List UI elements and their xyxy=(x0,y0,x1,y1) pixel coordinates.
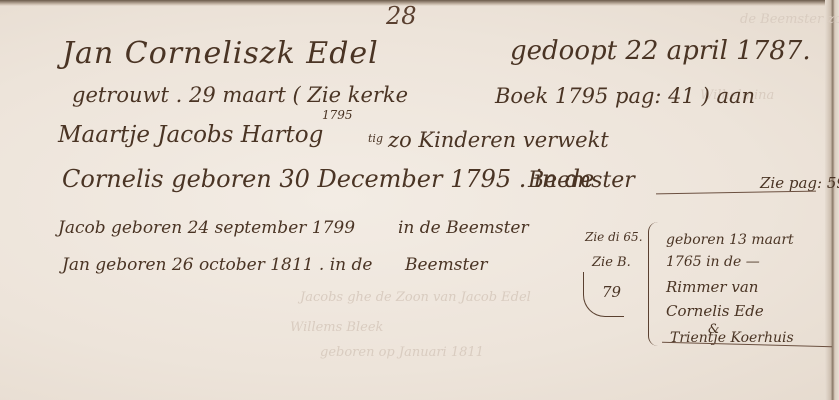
child-jan: Jan geboren 26 october 1811 . in de xyxy=(62,255,372,275)
entry-name: Jan Corneliszk Edel xyxy=(62,36,379,71)
side-note-line: Rimmer van xyxy=(666,278,758,296)
side-note: geboren 13 maart 1765 in de — Rimmer van… xyxy=(662,226,832,336)
child-jacob-reference: Zie di 65. xyxy=(585,230,643,244)
child-cornelis-reference: Zie pag: 59. xyxy=(760,174,839,192)
entry-marriage-reference: Boek 1795 pag: 41 ) aan xyxy=(495,84,755,108)
bleed-through-text: geboren op Januari 1811 xyxy=(320,345,484,360)
bleed-through-text: Jacobs ghe de Zoon van Jacob Edel xyxy=(300,290,531,305)
manuscript-page: Wilhelmina de Beemster zoo die Hertog Ja… xyxy=(0,0,839,400)
entry-children-intro: zo Kinderen verwekt xyxy=(388,128,609,152)
child-jacob-place: in de Beemster xyxy=(398,218,529,238)
entry-baptism: gedoopt 22 april 1787. xyxy=(510,36,811,66)
page-binding-edge xyxy=(825,0,839,400)
bleed-through-text: de Beemster zoo die Hertog xyxy=(740,12,839,27)
marriage-year-superscript: 1795 xyxy=(322,108,353,122)
side-note-line: Cornelis Ede xyxy=(666,302,764,320)
spouse-superscript: tig xyxy=(368,132,383,145)
entry-spouse: Maartje Jacobs Hartog xyxy=(58,122,323,148)
bleed-through-text: Willems Bleek xyxy=(290,320,383,335)
child-jan-reference: Zie B. xyxy=(592,255,631,270)
entry-marriage: getrouwt . 29 maart ( Zie kerke xyxy=(72,83,408,107)
child-jacob: Jacob geboren 24 september 1799 xyxy=(58,218,355,238)
side-note-brace xyxy=(648,222,661,346)
child-jan-number: 79 xyxy=(602,283,621,301)
page-number: 28 xyxy=(386,2,417,30)
side-note-line: 1765 in de — xyxy=(666,254,760,270)
child-cornelis: Cornelis geboren 30 December 1795 . in d… xyxy=(62,165,594,193)
page-top-edge xyxy=(0,0,839,6)
child-cornelis-place: Beemster xyxy=(528,168,635,193)
child-jan-place: Beemster xyxy=(405,255,487,275)
reference-underline xyxy=(656,191,816,195)
side-note-line: geboren 13 maart xyxy=(666,232,794,248)
